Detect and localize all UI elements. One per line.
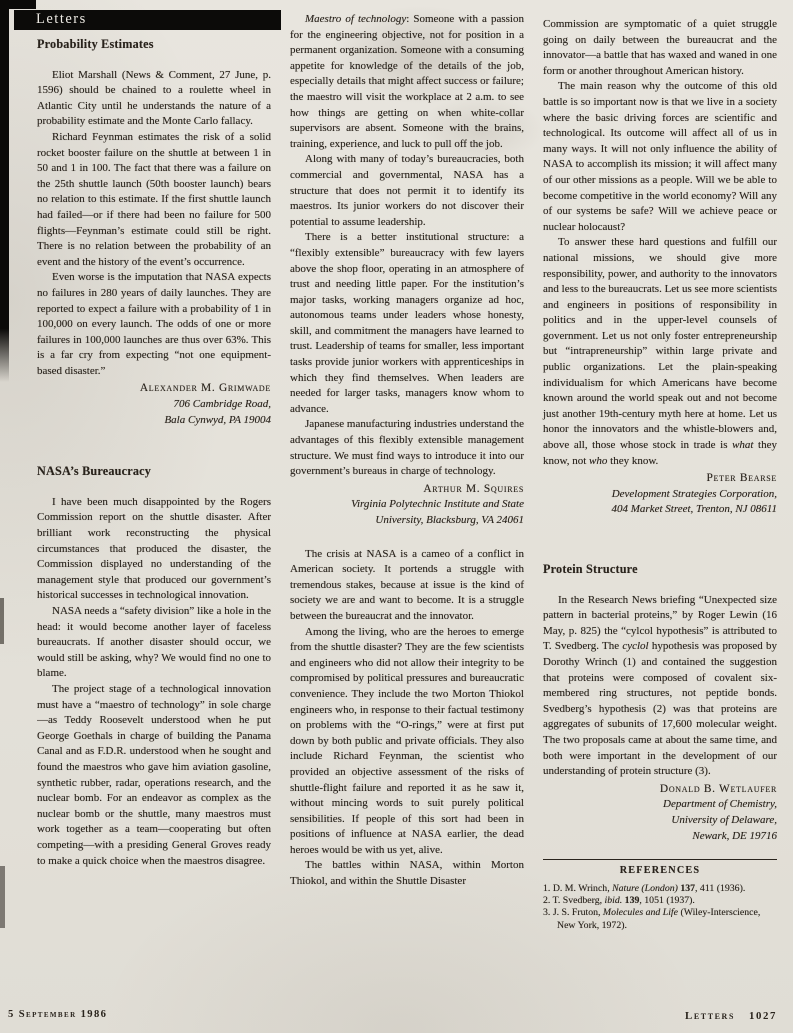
paragraph-text: they know. xyxy=(607,455,658,467)
references-divider xyxy=(543,859,777,860)
paragraph: The project stage of a technological inn… xyxy=(37,682,271,869)
reference-text: , 411 (1936). xyxy=(695,883,745,894)
paragraph: The battles within NASA, within Morton T… xyxy=(290,858,524,889)
signature-name: Peter Bearse xyxy=(543,471,777,487)
signature-address: University of Delaware, xyxy=(543,813,777,829)
reference-number: 3. xyxy=(543,907,550,918)
column-middle: Maestro of technology: Someone with a pa… xyxy=(290,0,524,999)
reference-journal: Molecules and Life xyxy=(603,907,681,918)
references-section: REFERENCES 1. D. M. Wrinch, Nature (Lond… xyxy=(543,859,777,932)
letter-heading-nasas-bureaucracy: NASA’s Bureaucracy xyxy=(37,464,271,480)
reference-volume: 137 xyxy=(680,883,695,894)
reference-item: 2. T. Svedberg, ibid. 139, 1051 (1937). xyxy=(543,895,777,907)
reference-number: 2. xyxy=(543,895,550,906)
signature-address: Virginia Polytechnic Institute and State xyxy=(290,497,524,513)
signature-block: Alexander M. Grimwade 706 Cambridge Road… xyxy=(37,381,271,428)
reference-journal: Nature (London) xyxy=(612,883,680,894)
scan-edge-mark xyxy=(0,598,4,644)
reference-volume: 139 xyxy=(625,895,640,906)
issue-date-footer: 5 September 1986 xyxy=(8,1009,107,1020)
scan-corner-artifact xyxy=(0,0,36,9)
signature-name: Donald B. Wetlaufer xyxy=(543,782,777,798)
reference-item: 3. J. S. Fruton, Molecules and Life (Wil… xyxy=(543,907,777,932)
signature-name: Arthur M. Squires xyxy=(290,482,524,498)
paragraph: I have been much disappointed by the Rog… xyxy=(37,495,271,604)
italic-word: who xyxy=(589,455,607,467)
scan-edge-mark xyxy=(0,866,5,928)
reference-text: T. Svedberg, xyxy=(553,895,605,906)
paragraph: Eliot Marshall (News & Comment, 27 June,… xyxy=(37,68,271,130)
signature-address: Department of Chemistry, xyxy=(543,797,777,813)
letter-heading-probability-estimates: Probability Estimates xyxy=(37,37,271,53)
paragraph: Even worse is the imputation that NASA e… xyxy=(37,270,271,379)
reference-journal: ibid. xyxy=(605,895,625,906)
italic-word: cyclol xyxy=(622,640,648,652)
references-title: REFERENCES xyxy=(543,865,777,877)
scan-edge-artifact xyxy=(0,0,9,382)
paragraph: The crisis at NASA is a cameo of a confl… xyxy=(290,547,524,625)
paragraph: To answer these hard questions and fulfi… xyxy=(543,235,777,469)
reference-text: J. S. Fruton, xyxy=(553,907,603,918)
paragraph-text: : Someone with a passion for the enginee… xyxy=(290,13,524,150)
paragraph: Along with many of today’s bureaucracies… xyxy=(290,152,524,230)
paragraph: NASA needs a “safety division” like a ho… xyxy=(37,604,271,682)
reference-text: D. M. Wrinch, xyxy=(553,883,612,894)
paragraph-text: hypothesis was proposed by Dorothy Wrinc… xyxy=(543,640,777,777)
paragraph: Among the living, who are the heroes to … xyxy=(290,625,524,859)
signature-address: Bala Cynwyd, PA 19004 xyxy=(37,413,271,429)
paragraph: Richard Feynman estimates the risk of a … xyxy=(37,130,271,270)
column-left: Probability Estimates Eliot Marshall (Ne… xyxy=(37,0,271,999)
footer-section-label: Letters xyxy=(685,1010,735,1022)
paragraph: There is a better institutional structur… xyxy=(290,230,524,417)
footer-page-number: 1027 xyxy=(749,1010,777,1022)
paragraph: In the Research News briefing “Unexpecte… xyxy=(543,593,777,780)
reference-item: 1. D. M. Wrinch, Nature (London) 137, 41… xyxy=(543,883,777,895)
paragraph: The main reason why the outcome of this … xyxy=(543,79,777,235)
italic-word: what xyxy=(732,439,753,451)
signature-block: Arthur M. Squires Virginia Polytechnic I… xyxy=(290,482,524,529)
paragraph: Maestro of technology: Someone with a pa… xyxy=(290,12,524,152)
signature-name: Alexander M. Grimwade xyxy=(37,381,271,397)
italic-lead: Maestro of technology xyxy=(305,13,406,25)
signature-address: Development Strategies Corporation, xyxy=(543,487,777,503)
column-right: Commission are symptomatic of a quiet st… xyxy=(543,0,777,999)
signature-address: 404 Market Street, Trenton, NJ 08611 xyxy=(543,502,777,518)
signature-block: Peter Bearse Development Strategies Corp… xyxy=(543,471,777,518)
paragraph-continuation: Commission are symptomatic of a quiet st… xyxy=(543,17,777,79)
reference-number: 1. xyxy=(543,883,550,894)
scanned-magazine-page: Letters Probability Estimates Eliot Mars… xyxy=(0,0,793,1033)
paragraph: Japanese manufacturing industries unders… xyxy=(290,417,524,479)
page-columns: Probability Estimates Eliot Marshall (Ne… xyxy=(37,0,777,999)
signature-address: Newark, DE 19716 xyxy=(543,829,777,845)
signature-block: Donald B. Wetlaufer Department of Chemis… xyxy=(543,782,777,844)
letter-heading-protein-structure: Protein Structure xyxy=(543,562,777,578)
signature-address: University, Blacksburg, VA 24061 xyxy=(290,513,524,529)
page-footer: Letters1027 xyxy=(685,1010,777,1022)
signature-address: 706 Cambridge Road, xyxy=(37,397,271,413)
paragraph-text: To answer these hard questions and fulfi… xyxy=(543,236,777,451)
reference-text: , 1051 (1937). xyxy=(639,895,695,906)
